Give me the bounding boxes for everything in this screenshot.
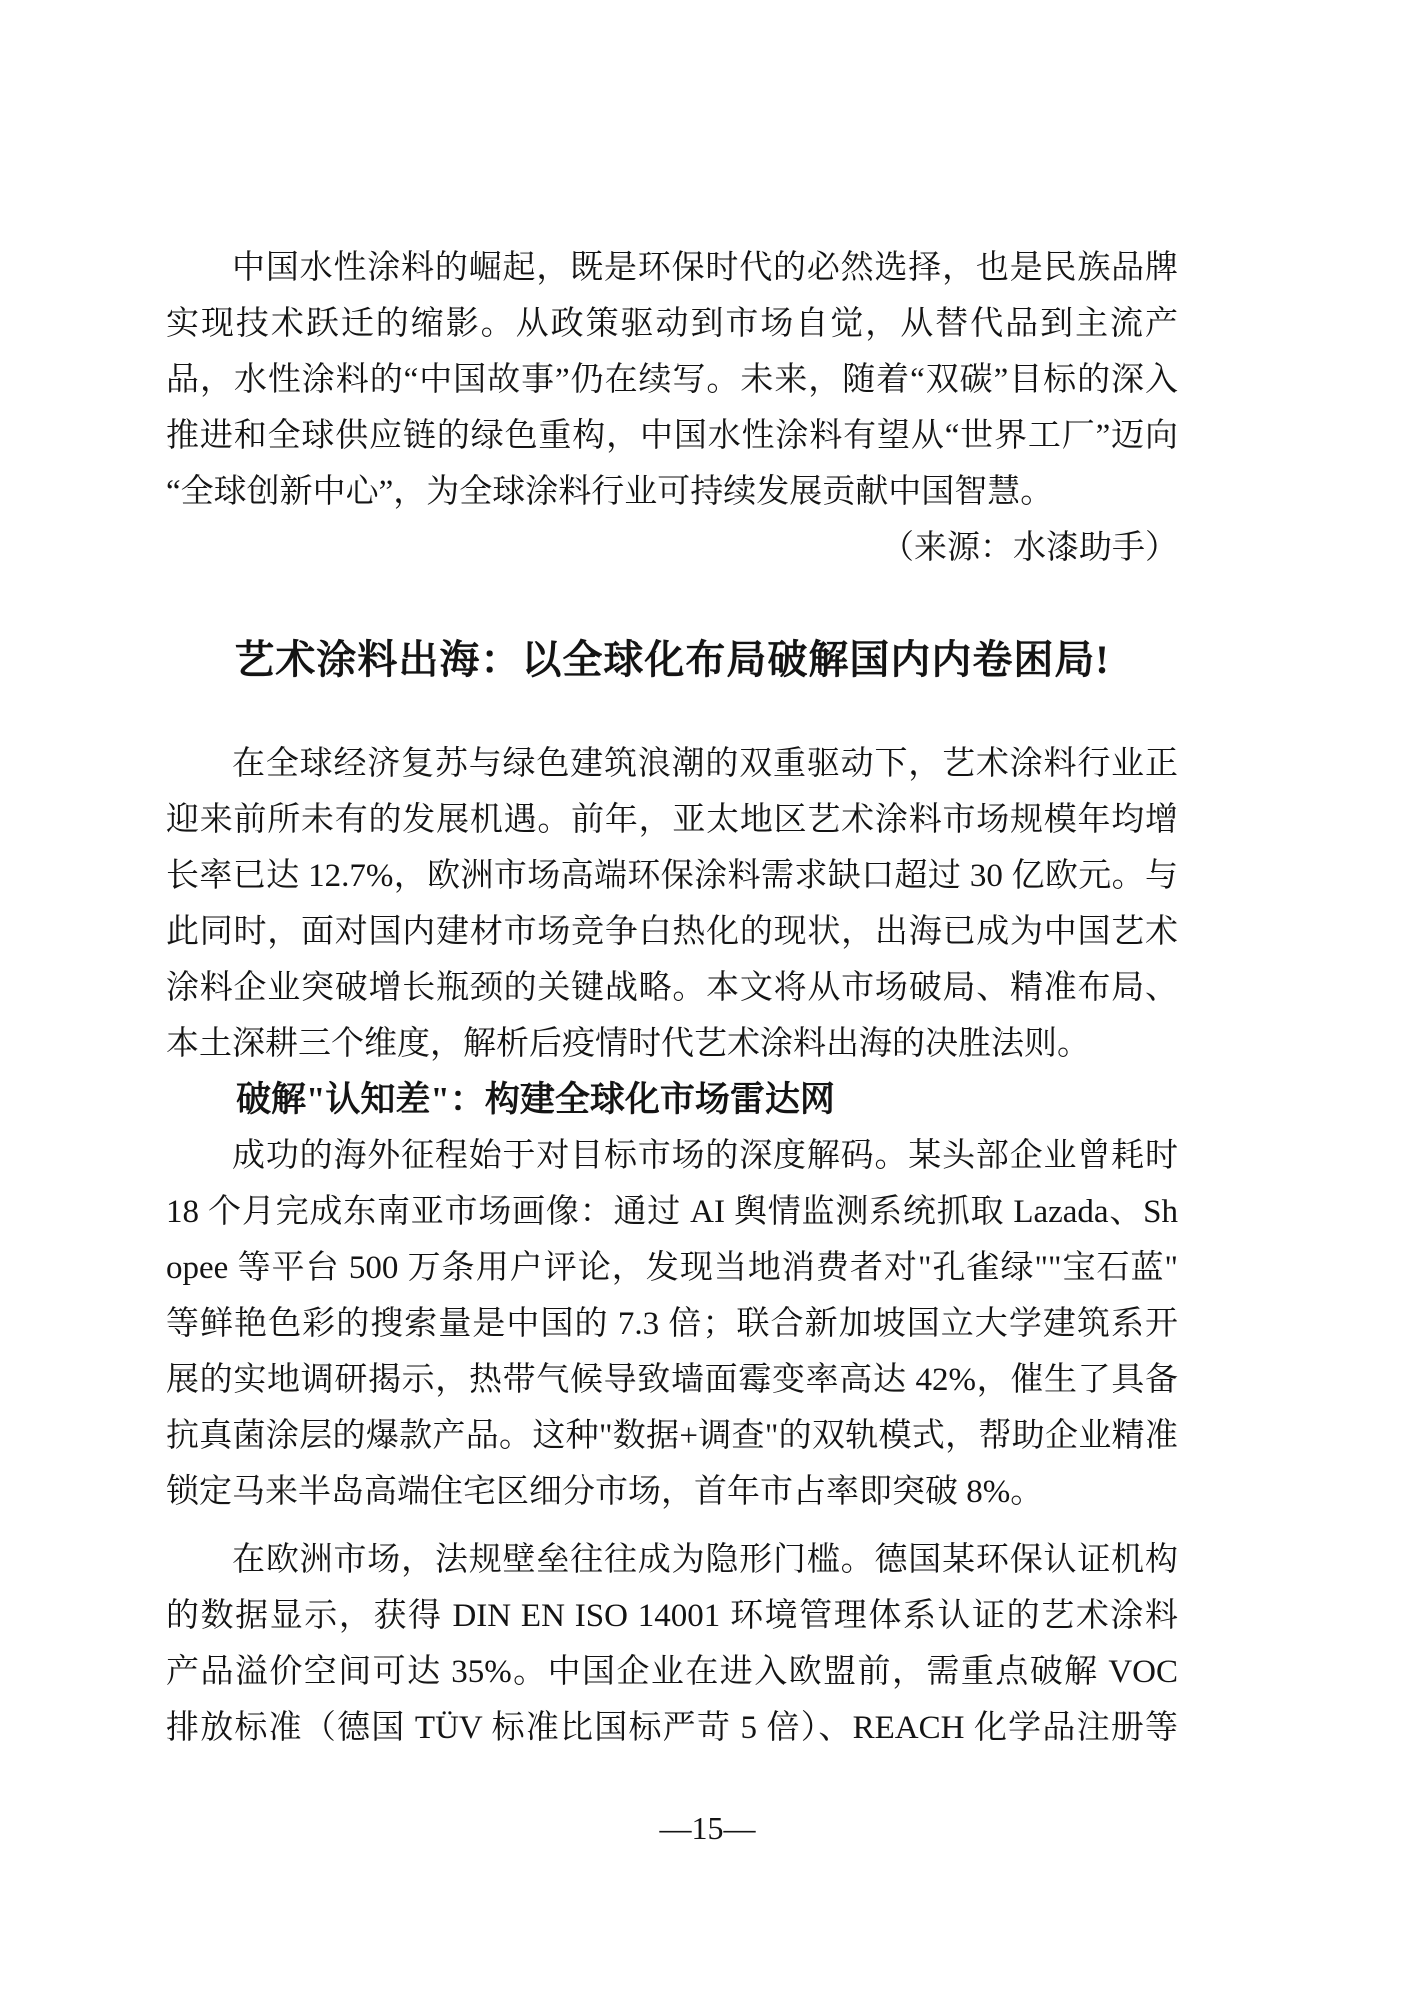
text-line: 此同时，面对国内建材市场竞争白热化的现状，出海已成为中国艺术 [166, 904, 1178, 960]
text-line: 在全球经济复苏与绿色建筑浪潮的双重驱动下，艺术涂料行业正 [166, 736, 1178, 792]
text-line: 本土深耕三个维度，解析后疫情时代艺术涂料出海的决胜法则。 [166, 1016, 1178, 1072]
intro-paragraph: 在全球经济复苏与绿色建筑浪潮的双重驱动下，艺术涂料行业正 迎来前所未有的发展机遇… [166, 736, 1178, 1072]
section-paragraph-2: 在欧洲市场，法规壁垒往往成为隐形门槛。德国某环保认证机构 的数据显示，获得 DI… [166, 1532, 1178, 1756]
text-line: 展的实地调研揭示，热带气候导致墙面霉变率高达 42%，催生了具备 [166, 1352, 1178, 1408]
document-page: 中国水性涂料的崛起，既是环保时代的必然选择，也是民族品牌 实现技术跃迁的缩影。从… [0, 0, 1415, 2000]
text-line: 中国水性涂料的崛起，既是环保时代的必然选择，也是民族品牌 [166, 240, 1178, 296]
text-line: 18 个月完成东南亚市场画像：通过 AI 舆情监测系统抓取 Lazada、Sh [166, 1184, 1178, 1240]
text-line: 长率已达 12.7%，欧洲市场高端环保涂料需求缺口超过 30 亿欧元。与 [166, 848, 1178, 904]
page-number: —15— [0, 1800, 1415, 1856]
text-line: “全球创新中心”，为全球涂料行业可持续发展贡献中国智慧。 [166, 464, 1178, 520]
page-body: 中国水性涂料的崛起，既是环保时代的必然选择，也是民族品牌 实现技术跃迁的缩影。从… [166, 240, 1178, 1756]
section-heading: 破解"认知差"：构建全球化市场雷达网 [166, 1072, 1178, 1128]
text-line: opee 等平台 500 万条用户评论，发现当地消费者对"孔雀绿""宝石蓝" [166, 1240, 1178, 1296]
prev-article-closing-paragraph: 中国水性涂料的崛起，既是环保时代的必然选择，也是民族品牌 实现技术跃迁的缩影。从… [166, 240, 1178, 520]
text-line: 抗真菌涂层的爆款产品。这种"数据+调查"的双轨模式，帮助企业精准 [166, 1408, 1178, 1464]
source-attribution: （来源：水漆助手） [166, 520, 1178, 576]
text-line: 的数据显示，获得 DIN EN ISO 14001 环境管理体系认证的艺术涂料 [166, 1588, 1178, 1644]
text-line: 实现技术跃迁的缩影。从政策驱动到市场自觉，从替代品到主流产 [166, 296, 1178, 352]
section-paragraph-1: 成功的海外征程始于对目标市场的深度解码。某头部企业曾耗时 18 个月完成东南亚市… [166, 1128, 1178, 1520]
text-line: 品，水性涂料的“中国故事”仍在续写。未来，随着“双碳”目标的深入 [166, 352, 1178, 408]
text-line: 迎来前所未有的发展机遇。前年，亚太地区艺术涂料市场规模年均增 [166, 792, 1178, 848]
text-line: 在欧洲市场，法规壁垒往往成为隐形门槛。德国某环保认证机构 [166, 1532, 1178, 1588]
text-line: 排放标准（德国 TÜV 标准比国标严苛 5 倍）、REACH 化学品注册等 [166, 1700, 1178, 1756]
text-line: 等鲜艳色彩的搜索量是中国的 7.3 倍；联合新加坡国立大学建筑系开 [166, 1296, 1178, 1352]
text-line: 涂料企业突破增长瓶颈的关键战略。本文将从市场破局、精准布局、 [166, 960, 1178, 1016]
text-line: 成功的海外征程始于对目标市场的深度解码。某头部企业曾耗时 [166, 1128, 1178, 1184]
text-line: 推进和全球供应链的绿色重构，中国水性涂料有望从“世界工厂”迈向 [166, 408, 1178, 464]
text-line: 产品溢价空间可达 35%。中国企业在进入欧盟前，需重点破解 VOC [166, 1644, 1178, 1700]
article-title: 艺术涂料出海：以全球化布局破解国内内卷困局! [166, 632, 1178, 688]
text-line: 锁定马来半岛高端住宅区细分市场，首年市占率即突破 8%。 [166, 1464, 1178, 1520]
